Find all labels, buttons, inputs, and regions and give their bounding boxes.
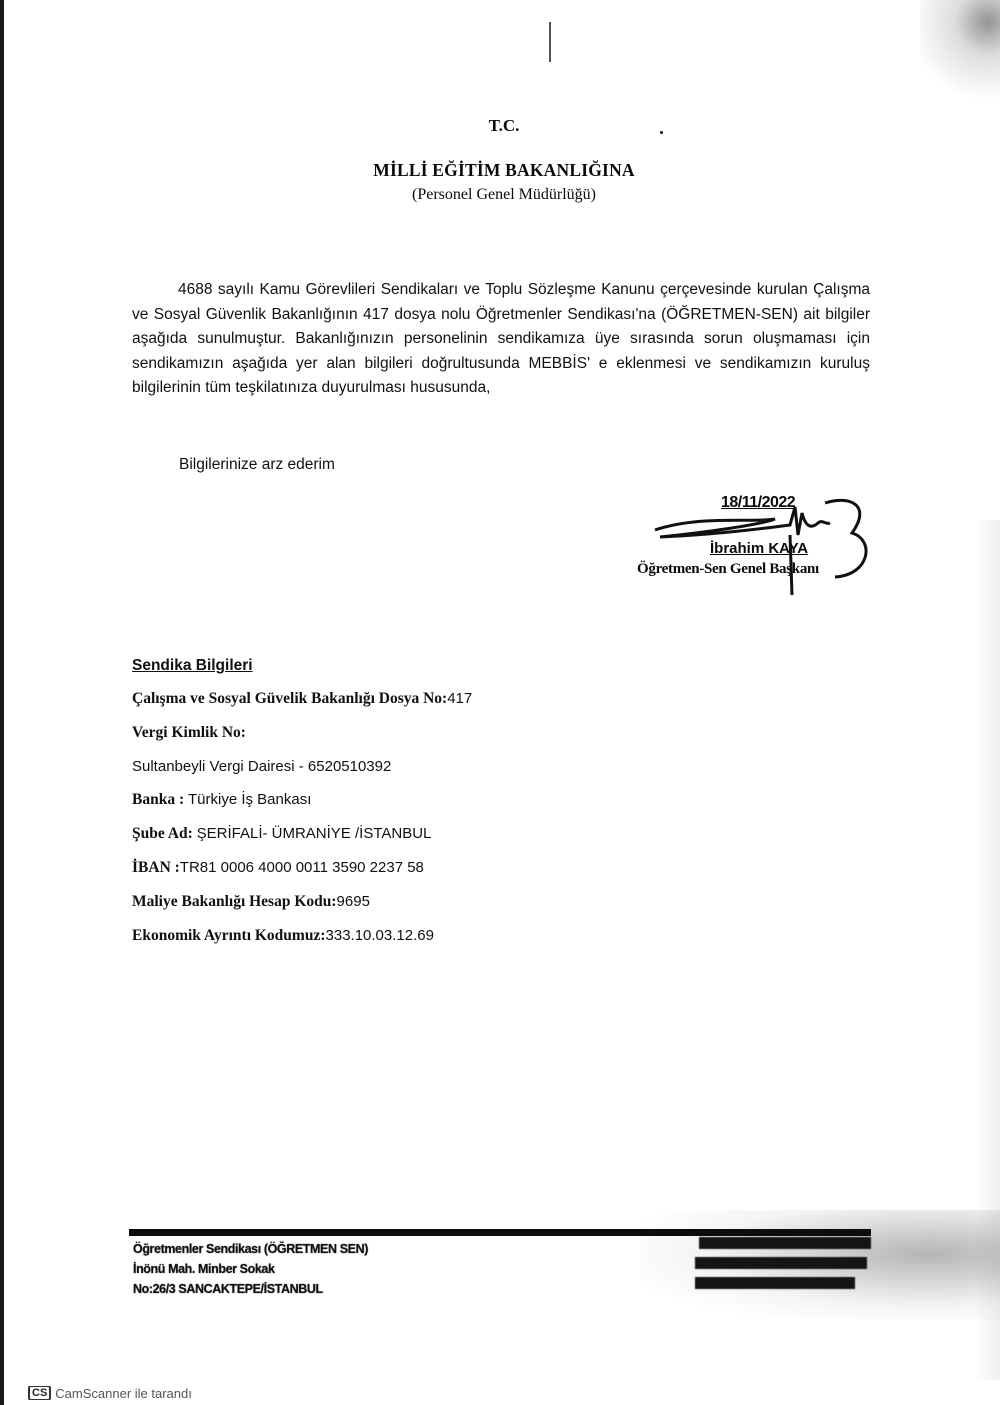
scan-noise — [920, 0, 1000, 110]
watermark-text: CamScanner ile tarandı — [55, 1386, 192, 1400]
union-info-section: Sendika Bilgileri Çalışma ve Sosyal Güve… — [132, 655, 472, 958]
directorate-subheading: (Personel Genel Müdürlüğü) — [0, 186, 1000, 204]
footer-address-line: İnönü Mah. Minber Sokak — [133, 1259, 368, 1279]
camscanner-logo-icon: CS — [28, 1386, 51, 1400]
scan-fold-mark — [549, 22, 551, 62]
info-row-tax-id: Vergi Kimlik No: — [132, 722, 472, 756]
info-row-account-code: Maliye Bakanlığı Hesap Kodu:9695 — [132, 891, 472, 925]
union-info-heading: Sendika Bilgileri — [132, 655, 472, 688]
letter-closing: Bilgilerinize arz ederim — [179, 456, 335, 474]
camscanner-watermark: CS CamScanner ile tarandı — [28, 1386, 192, 1400]
signatory-title: Öğretmen-Sen Genel Başkanı — [637, 561, 819, 578]
scan-edge — [0, 0, 4, 1405]
letter-body: 4688 sayılı Kamu Görevlileri Sendikaları… — [132, 278, 870, 401]
country-heading: T.C. — [0, 116, 1000, 136]
info-row-economic-code: Ekonomik Ayrıntı Kodumuz:333.10.03.12.69 — [132, 925, 472, 959]
ministry-heading: MİLLİ EĞİTİM BAKANLIĞINA — [0, 160, 1000, 181]
footer-address-line: Öğretmenler Sendikası (ÖĞRETMEN SEN) — [133, 1239, 368, 1259]
signatory-name: İbrahim KAYA — [710, 540, 808, 557]
info-row-iban: İBAN :TR81 0006 4000 0011 3590 2237 58 — [132, 857, 472, 891]
info-row-branch: Şube Ad: ŞERİFALİ- ÜMRANİYE /İSTANBUL — [132, 823, 472, 857]
footer-divider — [129, 1229, 871, 1236]
info-row-tax-office: Sultanbeyli Vergi Dairesi - 6520510392 — [132, 756, 472, 790]
signature-date: 18/11/2022 — [721, 494, 795, 512]
info-row-file-no: Çalışma ve Sosyal Güvelik Bakanlığı Dosy… — [132, 688, 472, 722]
footer-address: Öğretmenler Sendikası (ÖĞRETMEN SEN) İnö… — [133, 1239, 368, 1299]
footer-contact-illegible — [695, 1237, 875, 1297]
info-row-bank: Banka : Türkiye İş Bankası — [132, 789, 472, 823]
footer-address-line: No:26/3 SANCAKTEPE/İSTANBUL — [133, 1279, 368, 1299]
scanned-letter-page: T.C. MİLLİ EĞİTİM BAKANLIĞINA (Personel … — [0, 0, 1000, 1405]
